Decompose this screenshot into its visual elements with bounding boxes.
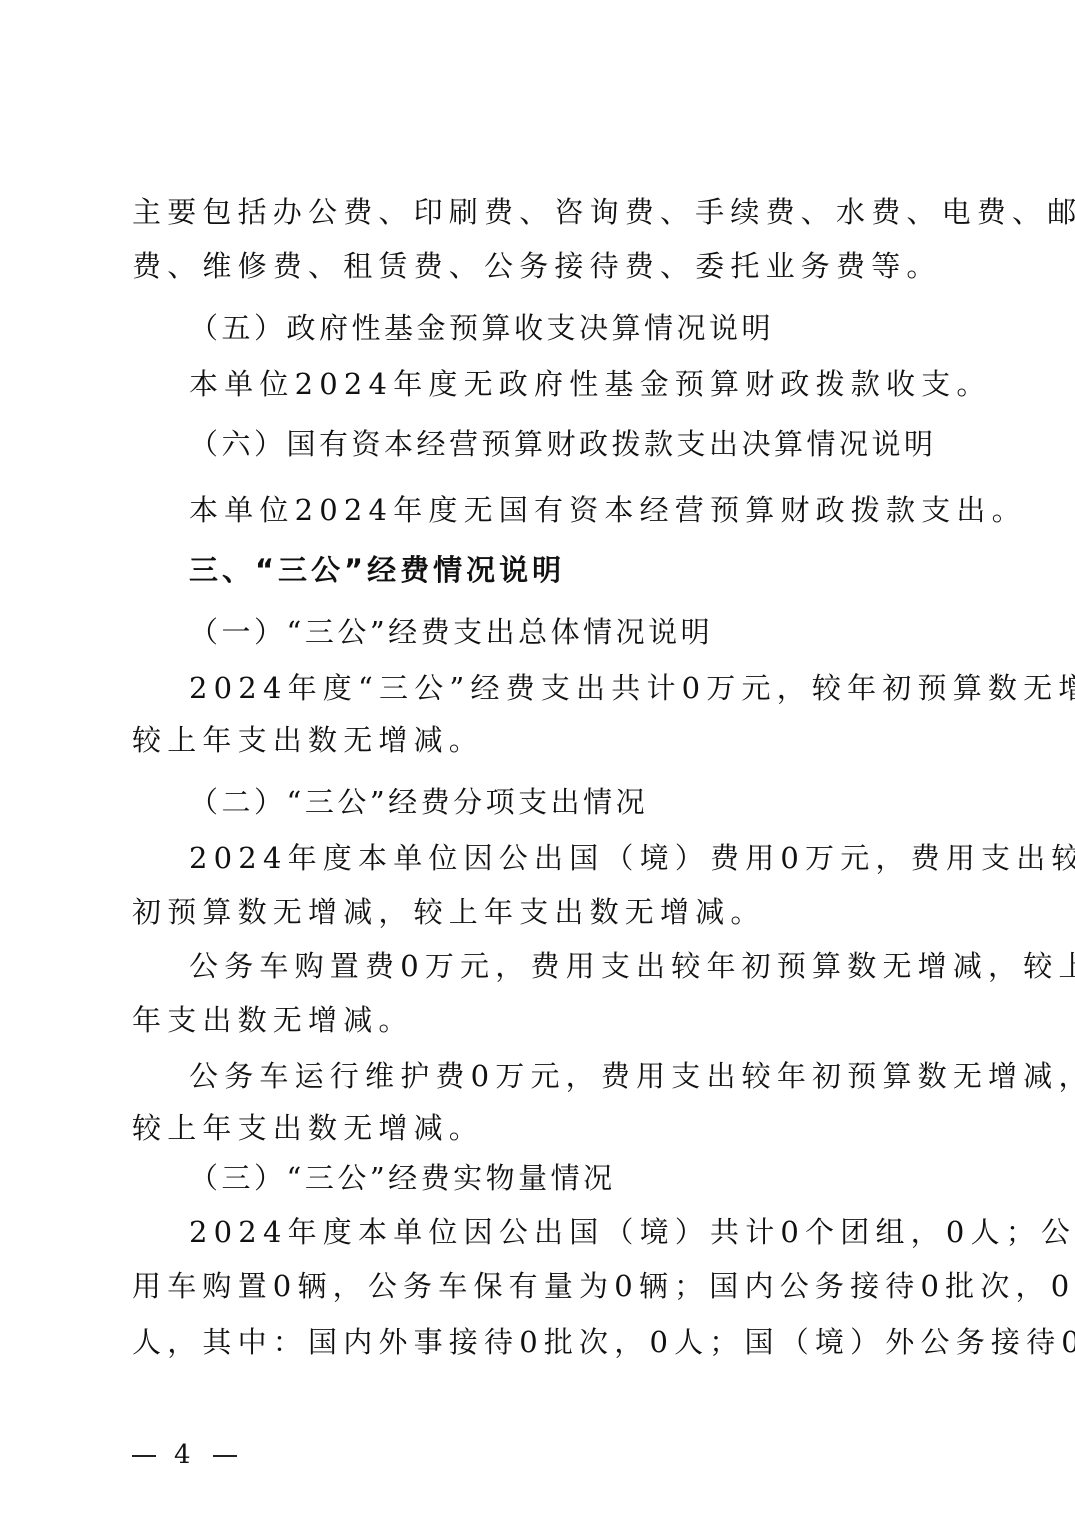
paragraph-line: 公务车购置费0万元，费用支出较年初预算数无增减，较上	[189, 946, 1075, 986]
paragraph-line: 2024年度本单位因公出国（境）共计0个团组，0人；公务	[189, 1212, 1075, 1252]
paragraph-line: 初预算数无增减，较上年支出数无增减。	[132, 892, 766, 932]
page-footer: 4	[132, 1440, 237, 1470]
paragraph-line: 年支出数无增减。	[132, 1000, 414, 1040]
footer-dash-right	[213, 1455, 237, 1457]
paragraph-line: 本单位2024年度无国有资本经营预算财政拨款支出。	[189, 490, 1027, 530]
paragraph-line: 主要包括办公费、印刷费、咨询费、手续费、水费、电费、邮电	[132, 192, 1075, 232]
section-heading-3: （三）“三公”经费实物量情况	[189, 1158, 616, 1198]
paragraph-line: 人，其中：国内外事接待0批次，0人；国（境）外公务接待0	[132, 1322, 1075, 1362]
paragraph-line: 2024年度“三公”经费支出共计0万元，较年初预算数无增减。	[189, 668, 1075, 708]
section-heading-5: （五）政府性基金预算收支决算情况说明	[189, 308, 774, 348]
paragraph-line: 本单位2024年度无政府性基金预算财政拨款收支。	[189, 364, 992, 404]
paragraph-line: 公务车运行维护费0万元，费用支出较年初预算数无增减，	[189, 1056, 1075, 1096]
section-heading-6: （六）国有资本经营预算财政拨款支出决算情况说明	[189, 424, 937, 464]
section-heading-2: （二）“三公”经费分项支出情况	[189, 782, 648, 822]
chapter-heading-3: 三、“三公”经费情况说明	[189, 550, 565, 590]
paragraph-line: 费、维修费、租赁费、公务接待费、委托业务费等。	[132, 246, 942, 286]
paragraph-line: 较上年支出数无增减。	[132, 1108, 484, 1148]
section-heading-1: （一）“三公”经费支出总体情况说明	[189, 612, 713, 652]
paragraph-line: 用车购置0辆，公务车保有量为0辆；国内公务接待0批次，0	[132, 1266, 1075, 1306]
footer-dash-left	[132, 1455, 156, 1457]
paragraph-line: 2024年度本单位因公出国（境）费用0万元，费用支出较年	[189, 838, 1075, 878]
page-number: 4	[174, 1440, 195, 1470]
paragraph-line: 较上年支出数无增减。	[132, 720, 484, 760]
